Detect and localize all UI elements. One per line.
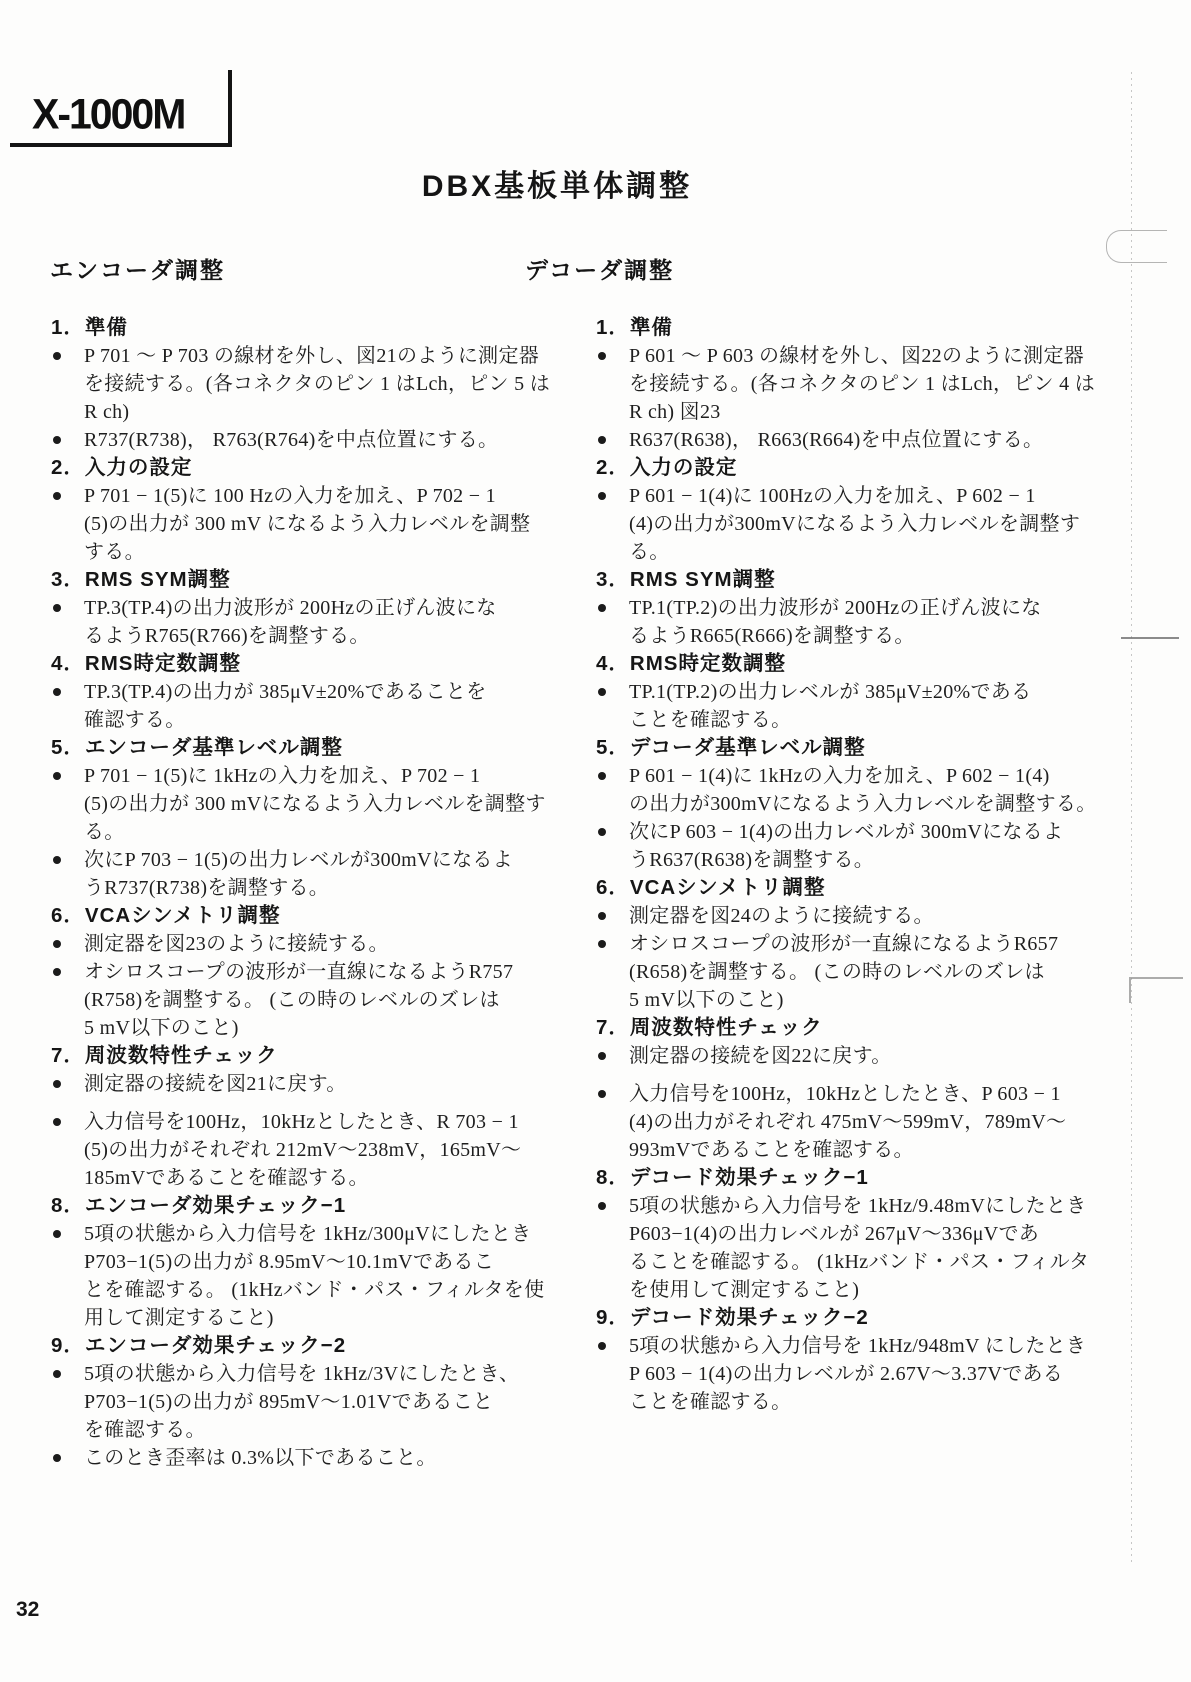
bullet-item: TP.1(TP.2)の出力波形が 200Hzの正げん波になるようR665(R66… [591,594,1151,650]
bullet-text-line: P 601 − 1(4)に 100Hzの入力を加え、P 602 − 1 [629,482,1151,510]
section-heading: 8．デコード効果チェック−1 [591,1164,1151,1192]
bullet-item: 測定器を図24のように接続する。 [591,902,1151,930]
bullet-text-line: (5)の出力が 300 mV になるよう入力レベルを調整 [84,510,546,538]
section-heading: 4．RMS時定数調整 [591,650,1151,678]
bullet-text-line: (R658)を調整する。 (この時のレベルのズレは [629,958,1151,986]
bullet-text-line: 5項の状態から入力信号を 1kHz/3Vにしたとき、 [84,1360,546,1388]
bullet-icon [53,1454,61,1462]
bullet-text-line: TP.1(TP.2)の出力レベルが 385μV±20%である [629,678,1151,706]
section-heading: 9．デコード効果チェック−2 [591,1304,1151,1332]
bullet-text-line: 入力信号を100Hz，10kHzとしたとき、P 603 − 1 [629,1080,1151,1108]
bullet-text-line: (5)の出力がそれぞれ 212mV〜238mV，165mV〜 [84,1136,546,1164]
bullet-icon [598,828,606,836]
bullet-icon [598,436,606,444]
section-heading: 4．RMS時定数調整 [46,650,546,678]
bullet-icon [598,492,606,500]
section-heading: 2．入力の設定 [591,454,1151,482]
bullet-text-line: P703−1(5)の出力が 8.95mV〜10.1mVであるこ [84,1248,546,1276]
bullet-text-line: を使用して測定すること) [629,1276,1151,1304]
bullet-item: R737(R738)， R763(R764)を中点位置にする。 [46,426,546,454]
bullet-icon [598,1052,606,1060]
section-heading: 9．エンコーダ効果チェック−2 [46,1332,546,1360]
bullet-text-line: TP.3(TP.4)の出力波形が 200Hzの正げん波にな [84,594,546,622]
bullet-icon [598,1202,606,1210]
section-heading: 6．VCAシンメトリ調整 [46,902,546,930]
bullet-icon [598,352,606,360]
bullet-text-line: P 701 − 1(5)に 100 Hzの入力を加え、P 702 − 1 [84,482,546,510]
bullet-item: TP.1(TP.2)の出力レベルが 385μV±20%であることを確認する。 [591,678,1151,734]
bullet-item: 入力信号を100Hz，10kHzとしたとき、P 603 − 1(4)の出力がそれ… [591,1080,1151,1164]
bullet-text-line: ことを確認する。 [629,706,1151,734]
bullet-item: 5項の状態から入力信号を 1kHz/300μVにしたときP703−1(5)の出力… [46,1220,546,1332]
bullet-text-line: 次にP 603 − 1(4)の出力レベルが 300mVになるよ [629,818,1151,846]
section-heading: 1．準備 [46,314,546,342]
bullet-icon [53,1230,61,1238]
bullet-text-line: る。 [84,818,546,846]
bullet-text-line: P 603 − 1(4)の出力レベルが 2.67V〜3.37Vである [629,1360,1151,1388]
bullet-text-line: 測定器を図23のように接続する。 [84,930,546,958]
bullet-text-line: 5項の状態から入力信号を 1kHz/948mV にしたとき [629,1332,1151,1360]
bullet-item: TP.3(TP.4)の出力が 385μV±20%であることを確認する。 [46,678,546,734]
bullet-icon [598,1090,606,1098]
bullet-text-line: 5項の状態から入力信号を 1kHz/9.48mVにしたとき [629,1192,1151,1220]
bullet-text-line: 185mVであることを確認する。 [84,1164,546,1192]
bullet-text-line: P 701 − 1(5)に 1kHzの入力を加え、P 702 − 1 [84,762,546,790]
section-heading: 7．周波数特性チェック [46,1042,546,1070]
bullet-text-line: るようR765(R766)を調整する。 [84,622,546,650]
scan-edge-line [1131,72,1132,1564]
bullet-text-line: (R758)を調整する。 (この時のレベルのズレは [84,986,546,1014]
bullet-icon [53,856,61,864]
bullet-icon [53,1118,61,1126]
bullet-text-line: を確認する。 [84,1416,546,1444]
bullet-item: 測定器の接続を図21に戻す。 [46,1070,546,1098]
bullet-icon [53,436,61,444]
bullet-item: 入力信号を100Hz，10kHzとしたとき、R 703 − 1(5)の出力がそれ… [46,1108,546,1192]
bullet-item: P 601 〜 P 603 の線材を外し、図22のように測定器を接続する。(各コ… [591,342,1151,426]
bullet-item: 次にP 603 − 1(4)の出力レベルが 300mVになるようR637(R63… [591,818,1151,874]
bullet-icon [53,604,61,612]
section-heading: 3．RMS SYM調整 [591,566,1151,594]
bullet-item: 測定器の接続を図22に戻す。 [591,1042,1151,1070]
bullet-text-line: (4)の出力がそれぞれ 475mV〜599mV，789mV〜 [629,1108,1151,1136]
decoder-column-heading: デコーダ調整 [525,252,674,285]
bullet-item: R637(R638)， R663(R664)を中点位置にする。 [591,426,1151,454]
bullet-icon [53,940,61,948]
bullet-text-line: する。 [84,538,546,566]
scan-edge-tick [1121,637,1179,639]
bullet-text-line: オシロスコープの波形が一直線になるようR757 [84,958,546,986]
bullet-item: オシロスコープの波形が一直線になるようR757(R758)を調整する。 (この時… [46,958,546,1042]
bullet-text-line: ことを確認する。 [629,1388,1151,1416]
section-heading: 1．準備 [591,314,1151,342]
bullet-text-line: るようR665(R666)を調整する。 [629,622,1151,650]
bullet-text-line: を接続する。(各コネクタのピン 1 はLch，ピン 4 は [629,370,1151,398]
section-heading: 2．入力の設定 [46,454,546,482]
bullet-item: TP.3(TP.4)の出力波形が 200Hzの正げん波になるようR765(R76… [46,594,546,650]
bullet-item: P 601 − 1(4)に 1kHzの入力を加え、P 602 − 1(4)の出力… [591,762,1151,818]
bullet-text-line: 次にP 703 − 1(5)の出力レベルが300mVになるよ [84,846,546,874]
bullet-icon [598,688,606,696]
bullet-text-line: る。 [629,538,1151,566]
bullet-text-line: 5項の状態から入力信号を 1kHz/300μVにしたとき [84,1220,546,1248]
section-heading: 8．エンコーダ効果チェック−1 [46,1192,546,1220]
bullet-item: このとき歪率は 0.3%以下であること。 [46,1444,546,1472]
bullet-text-line: R ch) [84,398,546,426]
bullet-text-line: R637(R638)， R663(R664)を中点位置にする。 [629,426,1151,454]
model-logo-box: X-1000M [10,70,232,147]
bullet-text-line: R ch) 図23 [629,398,1151,426]
model-name: X-1000M [32,90,184,139]
bullet-icon [598,604,606,612]
bullet-text-line: の出力が300mVになるよう入力レベルを調整する。 [629,790,1151,818]
bullet-text-line: 993mVであることを確認する。 [629,1136,1151,1164]
bullet-text-line: 用して測定すること) [84,1304,546,1332]
bullet-item: P 701 〜 P 703 の線材を外し、図21のように測定器を接続する。(各コ… [46,342,546,426]
bullet-text-line: (5)の出力が 300 mVになるよう入力レベルを調整す [84,790,546,818]
bullet-text-line: 確認する。 [84,706,546,734]
bullet-text-line: 入力信号を100Hz，10kHzとしたとき、R 703 − 1 [84,1108,546,1136]
bullet-icon [53,968,61,976]
bullet-text-line: うR737(R738)を調整する。 [84,874,546,902]
bullet-item: P 701 − 1(5)に 100 Hzの入力を加え、P 702 − 1(5)の… [46,482,546,566]
bullet-text-line: P 601 − 1(4)に 1kHzの入力を加え、P 602 − 1(4) [629,762,1151,790]
bullet-text-line: P 601 〜 P 603 の線材を外し、図22のように測定器 [629,342,1151,370]
bullet-text-line: とを確認する。 (1kHzバンド・パス・フィルタを使 [84,1276,546,1304]
bullet-text-line: を接続する。(各コネクタのピン 1 はLch，ピン 5 は [84,370,546,398]
scan-binder-tab [1106,230,1167,263]
bullet-text-line: P603−1(4)の出力レベルが 267μV〜336μVであ [629,1220,1151,1248]
bullet-icon [53,772,61,780]
bullet-icon [598,1342,606,1350]
bullet-item: 5項の状態から入力信号を 1kHz/948mV にしたときP 603 − 1(4… [591,1332,1151,1416]
bullet-icon [53,352,61,360]
bullet-icon [598,912,606,920]
section-heading: 5．エンコーダ基準レベル調整 [46,734,546,762]
section-heading: 3．RMS SYM調整 [46,566,546,594]
bullet-icon [53,688,61,696]
bullet-text-line: TP.1(TP.2)の出力波形が 200Hzの正げん波にな [629,594,1151,622]
bullet-text-line: 測定器の接続を図21に戻す。 [84,1070,546,1098]
bullet-item: 5項の状態から入力信号を 1kHz/3Vにしたとき、P703−1(5)の出力が … [46,1360,546,1444]
bullet-icon [598,772,606,780]
bullet-text-line: 5 mV以下のこと) [629,986,1151,1014]
bullet-item: 測定器を図23のように接続する。 [46,930,546,958]
bullet-text-line: ることを確認する。 (1kHzバンド・パス・フィルタ [629,1248,1151,1276]
bullet-text-line: 測定器を図24のように接続する。 [629,902,1151,930]
page-number: 32 [16,1598,39,1622]
bullet-item: オシロスコープの波形が一直線になるようR657(R658)を調整する。 (この時… [591,930,1151,1014]
section-heading: 7．周波数特性チェック [591,1014,1151,1042]
section-heading: 5．デコーダ基準レベル調整 [591,734,1151,762]
bullet-text-line: P 701 〜 P 703 の線材を外し、図21のように測定器 [84,342,546,370]
bullet-text-line: 5 mV以下のこと) [84,1014,546,1042]
bullet-item: P 601 − 1(4)に 100Hzの入力を加え、P 602 − 1(4)の出… [591,482,1151,566]
bullet-text-line: このとき歪率は 0.3%以下であること。 [84,1444,546,1472]
encoder-column: 1．準備P 701 〜 P 703 の線材を外し、図21のように測定器を接続する… [46,314,546,1472]
bullet-text-line: TP.3(TP.4)の出力が 385μV±20%であることを [84,678,546,706]
bullet-item: 5項の状態から入力信号を 1kHz/9.48mVにしたときP603−1(4)の出… [591,1192,1151,1304]
decoder-column: 1．準備P 601 〜 P 603 の線材を外し、図22のように測定器を接続する… [591,314,1151,1416]
bullet-text-line: P703−1(5)の出力が 895mV〜1.01Vであること [84,1388,546,1416]
bullet-text-line: オシロスコープの波形が一直線になるようR657 [629,930,1151,958]
bullet-item: P 701 − 1(5)に 1kHzの入力を加え、P 702 − 1(5)の出力… [46,762,546,846]
bullet-icon [598,940,606,948]
bullet-icon [53,1370,61,1378]
page-title: DBX基板単体調整 [0,161,1114,205]
bullet-text-line: 測定器の接続を図22に戻す。 [629,1042,1151,1070]
bullet-text-line: うR637(R638)を調整する。 [629,846,1151,874]
encoder-column-heading: エンコーダ調整 [50,252,225,285]
bullet-icon [53,492,61,500]
bullet-text-line: (4)の出力が300mVになるよう入力レベルを調整す [629,510,1151,538]
bullet-text-line: R737(R738)， R763(R764)を中点位置にする。 [84,426,546,454]
bullet-item: 次にP 703 − 1(5)の出力レベルが300mVになるようR737(R738… [46,846,546,902]
bullet-icon [53,1080,61,1088]
section-heading: 6．VCAシンメトリ調整 [591,874,1151,902]
scan-edge-tick [1129,977,1183,1003]
